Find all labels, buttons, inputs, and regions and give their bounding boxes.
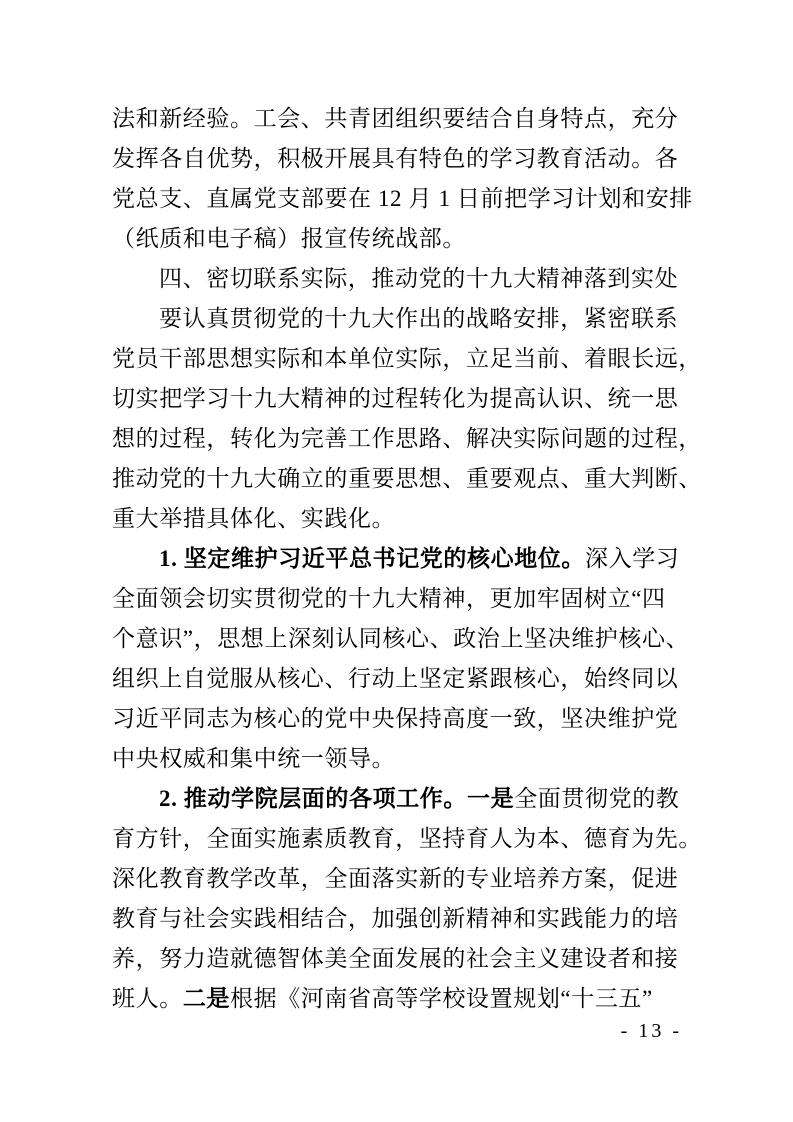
text-segment: 想的过程，转化为完善工作思路、解决实际问题的过程， [112,426,702,451]
text-segment: 深化教育教学改革，全面落实新的专业培养方案，促进 [112,866,678,891]
text-line: （纸质和电子稿）报宣传统战部。 [112,219,690,259]
text-line: 2. 推动学院层面的各项工作。一是全面贯彻党的教 [112,779,690,819]
text-segment: 发挥各自优势，积极开展具有特色的学习教育活动。各 [112,146,678,171]
text-segment: 根据《河南省高等学校设置规划“十三五” [230,986,653,1011]
page-number: - 13 - [112,1020,682,1043]
text-segment: 要认真贯彻党的十九大作出的战略安排，紧密联系 [159,306,678,331]
text-line: 全面领会切实贯彻党的十九大精神，更加牢固树立“四 [112,579,690,619]
text-line: 1. 坚定维护习近平总书记党的核心地位。深入学习 [112,539,690,579]
bold-text-segment: 二是 [183,986,230,1011]
text-segment: 四、密切联系实际，推动党的十九大精神落到实处 [159,266,678,291]
text-line: 要认真贯彻党的十九大作出的战略安排，紧密联系 [112,299,690,339]
document-page: 法和新经验。工会、共青团组织要结合自身特点，充分发挥各自优势，积极开展具有特色的… [0,0,793,1122]
text-line: 切实把学习十九大精神的过程转化为提高认识、统一思 [112,379,690,419]
text-segment: 全面贯彻党的教 [514,786,679,811]
text-segment: 班人。 [112,986,183,1011]
text-segment: 深入学习 [585,546,679,571]
text-line: 教育与社会实践相结合，加强创新精神和实践能力的培 [112,899,690,939]
text-line: 习近平同志为核心的党中央保持高度一致，坚决维护党 [112,699,690,739]
text-block: 法和新经验。工会、共青团组织要结合自身特点，充分发挥各自优势，积极开展具有特色的… [112,99,690,1019]
text-segment: 组织上自觉服从核心、行动上坚定紧跟核心，始终同以 [112,666,678,691]
text-segment: 全面领会切实贯彻党的十九大精神，更加牢固树立“四 [112,586,666,611]
text-segment: 推动党的十九大确立的重要思想、重要观点、重大判断、 [112,466,702,491]
text-line: 个意识”，思想上深刻认同核心、政治上坚决维护核心、 [112,619,690,659]
text-line: 党总支、直属党支部要在 12 月 1 日前把学习计划和安排 [112,179,690,219]
text-segment: 习近平同志为核心的党中央保持高度一致，坚决维护党 [112,706,678,731]
text-line: 班人。二是根据《河南省高等学校设置规划“十三五” [112,979,690,1019]
text-line: 想的过程，转化为完善工作思路、解决实际问题的过程， [112,419,690,459]
text-line: 育方针，全面实施素质教育，坚持育人为本、德育为先。 [112,819,690,859]
bold-text-segment: 1. 坚定维护习近平总书记党的核心地位。 [159,546,585,571]
text-line: 中央权威和集中统一领导。 [112,739,690,779]
text-line: 发挥各自优势，积极开展具有特色的学习教育活动。各 [112,139,690,179]
text-line: 推动党的十九大确立的重要思想、重要观点、重大判断、 [112,459,690,499]
text-line: 深化教育教学改革，全面落实新的专业培养方案，促进 [112,859,690,899]
text-segment: 党员干部思想实际和本单位实际，立足当前、着眼长远， [112,346,702,371]
text-segment: 重大举措具体化、实践化。 [112,506,395,531]
text-line: 法和新经验。工会、共青团组织要结合自身特点，充分 [112,99,690,139]
text-segment: 法和新经验。工会、共青团组织要结合自身特点，充分 [112,106,678,131]
text-line: 党员干部思想实际和本单位实际，立足当前、着眼长远， [112,339,690,379]
text-segment: 教育与社会实践相结合，加强创新精神和实践能力的培 [112,906,678,931]
text-segment: 党总支、直属党支部要在 12 月 1 日前把学习计划和安排 [112,186,693,211]
text-segment: 切实把学习十九大精神的过程转化为提高认识、统一思 [112,386,678,411]
text-segment: 养，努力造就德智体美全面发展的社会主义建设者和接 [112,946,678,971]
text-line: 养，努力造就德智体美全面发展的社会主义建设者和接 [112,939,690,979]
text-line: 重大举措具体化、实践化。 [112,499,690,539]
text-line: 四、密切联系实际，推动党的十九大精神落到实处 [112,259,690,299]
text-segment: （纸质和电子稿）报宣传统战部。 [112,226,466,251]
bold-text-segment: 2. 推动学院层面的各项工作。一是 [159,786,514,811]
text-segment: 中央权威和集中统一领导。 [112,746,395,771]
text-segment: 个意识”，思想上深刻认同核心、政治上坚决维护核心、 [112,626,689,651]
text-line: 组织上自觉服从核心、行动上坚定紧跟核心，始终同以 [112,659,690,699]
text-segment: 育方针，全面实施素质教育，坚持育人为本、德育为先。 [112,826,702,851]
